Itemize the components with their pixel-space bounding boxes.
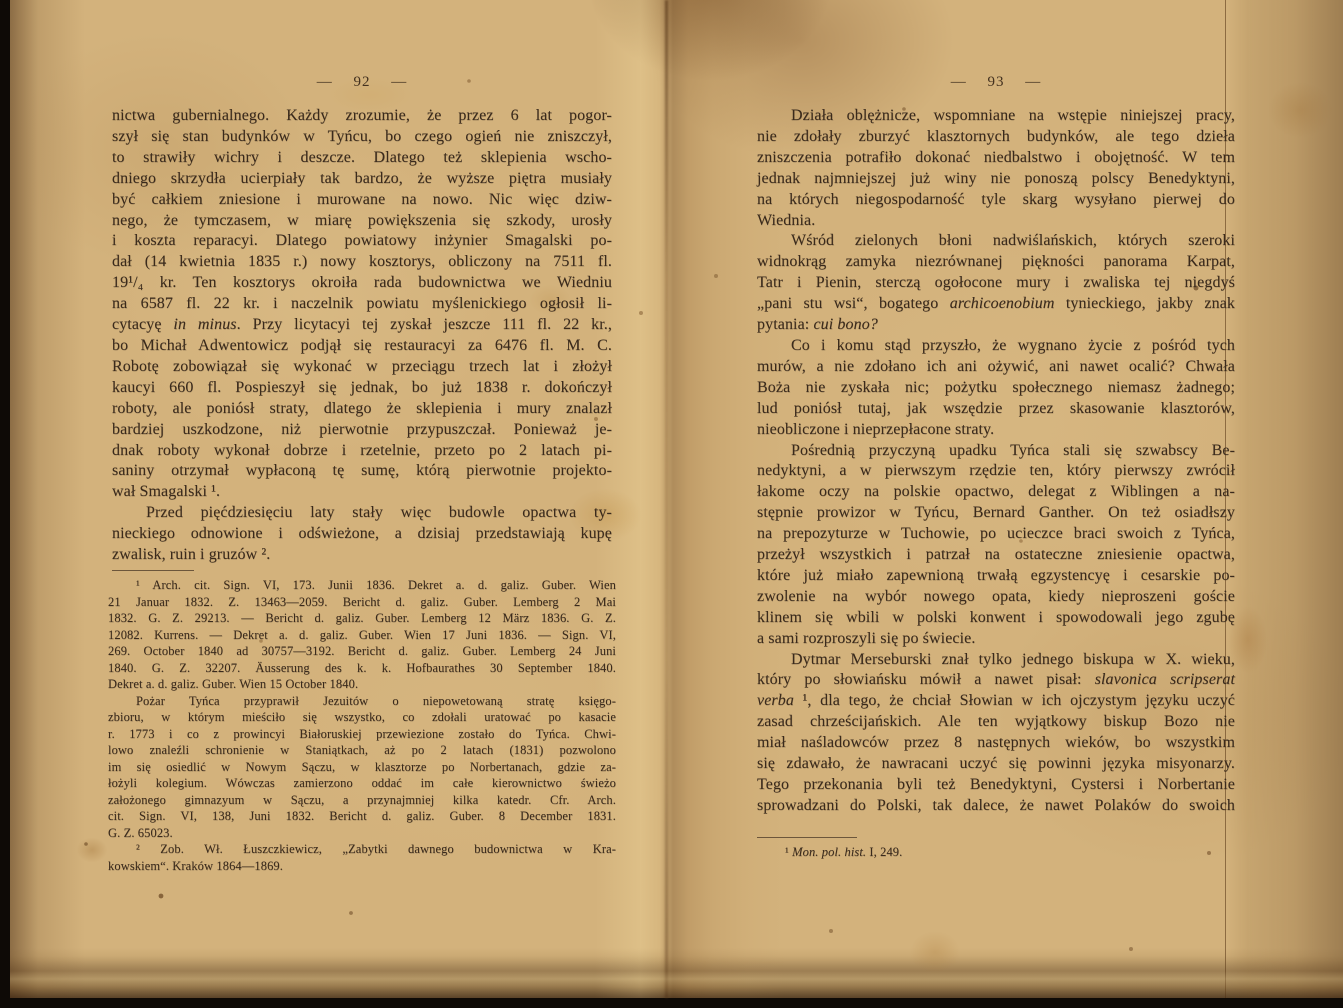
book-gutter-crease: [665, 0, 668, 998]
text-line: łożyli kolegium. Wówczas zamierzono odda…: [108, 775, 616, 792]
text-line: które już miało zapewnioną trwałą egzyst…: [757, 566, 1235, 587]
text-line: bardziej uszkodzone, niż pierwotnie przy…: [112, 420, 612, 441]
text-line: widnokrąg zamyka niezrównanej piękności …: [757, 252, 1235, 273]
text-line: przeżył wszystkich i patrzał na ostatecz…: [757, 545, 1235, 566]
text-line: Robotę zobowiązał się wykonać w przeciąg…: [112, 357, 612, 378]
text-line: zniszczenia potrafiło dokonać niedbalstw…: [757, 148, 1235, 169]
text-line: ¹ Arch. cit. Sign. VI, 173. Junii 1836. …: [108, 577, 616, 594]
text-line: łakome oczy na polskie opactwo, delegat …: [757, 482, 1235, 503]
right-page-footnote-rule: [757, 837, 857, 838]
paper-specks: [10, 0, 12, 2]
text-line: na 6587 fl. 22 kr. i naczelnik powiatu m…: [112, 294, 612, 315]
text-line: murów, a nie zdołano ich ani ożywić, ani…: [757, 357, 1235, 378]
text-line: nieckiego odnowione i odświeżone, a dzis…: [112, 524, 612, 545]
text-line: 21 Januar 1832. Z. 13463—2059. Bericht d…: [108, 594, 616, 611]
text-line: na których niegospodarność tyle skarg wy…: [757, 190, 1235, 211]
text-line: nieobliczone i nieprzepłacone straty.: [757, 420, 1235, 441]
text-line: r. 1773 i co z prowincyi Białoruskiej pr…: [108, 726, 616, 743]
text-line: nego, że tymczasem, w miarę powiększenia…: [112, 211, 612, 232]
left-page-footnote-rule: [112, 570, 194, 571]
text-line: się zdawało, że nawracani uczyć się powi…: [757, 754, 1235, 775]
paragraph: Pożar Tyńca przyprawił Jezuitów o niepow…: [108, 693, 616, 842]
paragraph: Dytmar Merseburski znał tylko jednego bi…: [757, 650, 1235, 817]
text-line: Co i komu stąd przyszło, że wygnano życi…: [757, 336, 1235, 357]
page-bottom-edge: [10, 948, 1343, 998]
text-line: saniny otrzymał wypłaconą tę sumę, którą…: [112, 461, 612, 482]
text-line: Działa oblężnicze, wspomniane na wstępie…: [757, 106, 1235, 127]
text-line: Dekret a. d. galiz. Guber. Wien 15 Octob…: [108, 676, 616, 693]
paragraph: Pośrednią przyczyną upadku Tyńca stali s…: [757, 441, 1235, 650]
page-fore-edge: [1225, 0, 1343, 998]
text-line: dnak roboty wykonał dobrze i rzetelnie, …: [112, 441, 612, 462]
text-line: G. Z. 65023.: [108, 825, 616, 842]
text-line: 12082. Kurrens. — Dekret a. d. galiz. Gu…: [108, 627, 616, 644]
paragraph: ² Zob. Wł. Łuszczkiewicz, „Zabytki dawne…: [108, 841, 616, 874]
text-line: Tatr i Pienin, sterczą ogołocone mury i …: [757, 273, 1235, 294]
text-line: zbioru, w którym mieściło się wszystko, …: [108, 709, 616, 726]
text-line: a sami rozproszyli się po świecie.: [757, 629, 1235, 650]
text-line: 1840. G. Z. 32207. Äusserung des k. k. H…: [108, 660, 616, 677]
text-line: być całkiem zniesione i murowane na nowo…: [112, 190, 612, 211]
paragraph: ¹ Mon. pol. hist. I, 249.: [757, 844, 1235, 861]
text-line: stępnie prowizor w Tyńcu, Bernard Ganthe…: [757, 503, 1235, 524]
right-page-main-text: Działa oblężnicze, wspomniane na wstępie…: [757, 106, 1235, 817]
text-line: kaucyi 660 fl. Pospieszył się jednak, bo…: [112, 378, 612, 399]
text-line: nedyktyni, a w pierwszym rzędzie ten, kt…: [757, 461, 1235, 482]
text-line: pytania: cui bono?: [757, 315, 1235, 336]
text-line: Boża nie zyskała nic; pożytku społeczneg…: [757, 378, 1235, 399]
paragraph: Wśród zielonych błoni nadwiślańskich, kt…: [757, 231, 1235, 336]
page-number-92: — 92 —: [112, 74, 612, 96]
text-line: Przed pięćdziesięciu laty stały więc bud…: [112, 503, 612, 524]
text-line: zwolenie na wybór nowego opata, kiedy ni…: [757, 587, 1235, 608]
page-number-93: — 93 —: [757, 74, 1235, 96]
text-line: Pośrednią przyczyną upadku Tyńca stali s…: [757, 441, 1235, 462]
text-line: kowskiem“. Kraków 1864—1869.: [108, 858, 616, 875]
text-line: „pani stu wsi“, bogatego archicoenobium …: [757, 294, 1235, 315]
text-line: zasad chrześcijańskich. Ale ten wyjątkow…: [757, 712, 1235, 733]
text-line: Pożar Tyńca przyprawił Jezuitów o niepow…: [108, 693, 616, 710]
text-line: nictwa gubernialnego. Każdy zrozumie, że…: [112, 106, 612, 127]
text-line: Tego przekonania byli też Benedyktyni, C…: [757, 775, 1235, 796]
text-line: bo Michał Adwentowicz podjął się restaur…: [112, 336, 612, 357]
text-line: ² Zob. Wł. Łuszczkiewicz, „Zabytki dawne…: [108, 841, 616, 858]
paragraph: Przed pięćdziesięciu laty stały więc bud…: [112, 503, 612, 566]
text-line: 1832. G. Z. 29213. — Bericht d. galiz. G…: [108, 610, 616, 627]
text-line: verba ¹, dla tego, że chciał Słowian w i…: [757, 691, 1235, 712]
text-line: Dytmar Merseburski znał tylko jednego bi…: [757, 650, 1235, 671]
text-line: cytacyę in minus. Przy licytacyi tej zys…: [112, 315, 612, 336]
text-line: lowo znaleźli schronienie w Staniątkach,…: [108, 742, 616, 759]
text-line: szył się stan budynków w Tyńcu, bo czego…: [112, 127, 612, 148]
text-line: który po słowiańsku mówił a nawet pisał:…: [757, 670, 1235, 691]
text-line: lud poniósł tutaj, jak wszędzie przez sk…: [757, 399, 1235, 420]
text-line: 269. October 1840 ad 30757—3192. Bericht…: [108, 643, 616, 660]
text-line: i koszta reparacyi. Dlatego powiatowy in…: [112, 231, 612, 252]
text-line: miał naśladowców przez 8 następnych wiek…: [757, 733, 1235, 754]
text-line: wał Smagalski ¹.: [112, 482, 612, 503]
text-line: klinem się wbili w polski konwent i spow…: [757, 608, 1235, 629]
text-line: ¹ Mon. pol. hist. I, 249.: [757, 844, 1235, 861]
text-line: im się osiedlić w Nowym Sączu, w klaszto…: [108, 759, 616, 776]
text-line: sprowadzani do Polski, tak dalece, że na…: [757, 796, 1235, 817]
text-line: to strawiły wichry i deszcze. Dlatego te…: [112, 148, 612, 169]
text-line: dniego skrzydła ucierpiały tak bardzo, ż…: [112, 169, 612, 190]
text-line: Wśród zielonych błoni nadwiślańskich, kt…: [757, 231, 1235, 252]
text-line: jednak najmniejszej już winy nie ponoszą…: [757, 169, 1235, 190]
book-scan-paper: — 92 — — 93 — nictwa gubernialnego. Każd…: [10, 0, 1343, 998]
paragraph: ¹ Arch. cit. Sign. VI, 173. Junii 1836. …: [108, 577, 616, 693]
text-line: nie zdołały zburzyć klasztornych budynkó…: [757, 127, 1235, 148]
text-line: założonego gimnazyum w Sączu, a przynajm…: [108, 792, 616, 809]
paragraph: nictwa gubernialnego. Każdy zrozumie, że…: [112, 106, 612, 503]
text-line: zwalisk, ruin i gruzów ².: [112, 545, 612, 566]
paragraph: Co i komu stąd przyszło, że wygnano życi…: [757, 336, 1235, 441]
text-line: dał (14 kwietnia 1835 r.) nowy kosztorys…: [112, 252, 612, 273]
text-line: roboty, ale poniósł straty, dlatego że s…: [112, 399, 612, 420]
left-page-main-text: nictwa gubernialnego. Każdy zrozumie, że…: [112, 106, 612, 566]
text-line: 19¹/₄ kr. Ten kosztorys okroiła rada bud…: [112, 273, 612, 294]
left-page-footnotes: ¹ Arch. cit. Sign. VI, 173. Junii 1836. …: [108, 577, 616, 874]
right-page-footnotes: ¹ Mon. pol. hist. I, 249.: [757, 844, 1235, 861]
text-line: na prepozyturze w Tuchowie, po ucieczce …: [757, 524, 1235, 545]
text-line: cit. Sign. VI, 138, Juni 1832. Bericht d…: [108, 808, 616, 825]
paragraph: Działa oblężnicze, wspomniane na wstępie…: [757, 106, 1235, 231]
text-line: Wiednia.: [757, 211, 1235, 232]
